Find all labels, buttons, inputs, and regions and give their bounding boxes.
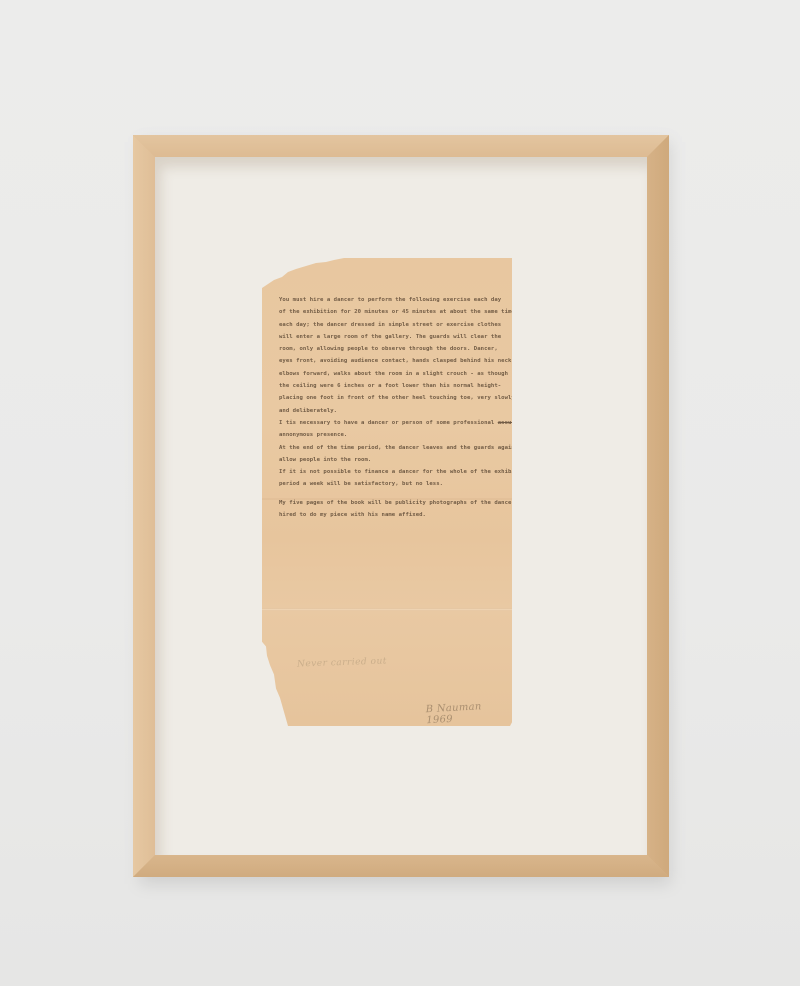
typed-line: At the end of the time period, the dance… <box>279 442 511 454</box>
typed-instructions: You must hire a dancer to perform the fo… <box>279 294 511 521</box>
pencil-annotation: Never carried out <box>297 656 387 669</box>
typed-line: placing one foot in front of the other h… <box>279 392 511 404</box>
typed-line: each day; the dancer dressed in simple s… <box>279 319 511 331</box>
typed-line: annonymous presence. <box>279 429 511 441</box>
typed-line: room, only allowing people to observe th… <box>279 343 511 355</box>
typed-line: of the exhibition for 20 minutes or 45 m… <box>279 306 511 318</box>
artist-signature: B Nauman 1969 <box>425 700 512 726</box>
frame-right-rail <box>647 135 669 877</box>
typewritten-document: You must hire a dancer to perform the fo… <box>262 258 512 726</box>
typed-line: eyes front, avoiding audience contact, h… <box>279 355 511 367</box>
frame-bottom-rail <box>133 855 669 877</box>
typed-line-with-strike: I tis necessary to have a dancer or pers… <box>279 417 511 429</box>
closing-line: hired to do my piece with his name affix… <box>279 509 511 521</box>
typed-line: will enter a large room of the gallery. … <box>279 331 511 343</box>
typed-line: allow people into the room. <box>279 454 511 466</box>
typed-line: If it is not possible to finance a dance… <box>279 466 511 478</box>
frame-top-rail <box>133 135 669 157</box>
typed-line: and deliberately. <box>279 405 511 417</box>
typed-line: elbows forward, walks about the room in … <box>279 368 511 380</box>
typed-line: the ceiling were 6 inches or a foot lowe… <box>279 380 511 392</box>
typed-line: period a week will be satisfactory, but … <box>279 478 511 490</box>
typed-line: You must hire a dancer to perform the fo… <box>279 294 511 306</box>
paper-fold-crease <box>262 608 512 611</box>
closing-line: My five pages of the book will be public… <box>279 497 511 509</box>
typed-line-text: I tis necessary to have a dancer or pers… <box>279 420 498 426</box>
frame-left-rail <box>133 135 155 877</box>
